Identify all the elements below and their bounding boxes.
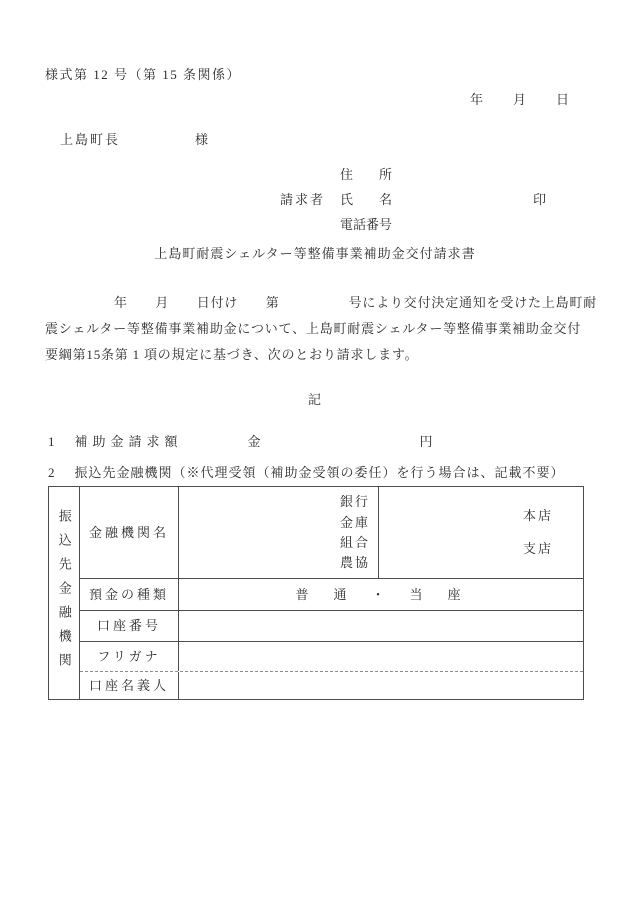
requester-name-row: 請求者 氏 名 印 [280, 187, 546, 212]
date-month-label: 月 [513, 91, 526, 109]
furigana-label: フリガナ [80, 642, 179, 671]
deposit-type-options: 普 通 ・ 当 座 [179, 586, 583, 604]
table-vertical-header-cell: 振込先金融機関 [49, 487, 80, 699]
phone-label: 電話番号 [340, 216, 392, 234]
bank-type-shinkin: 金庫 [340, 514, 370, 532]
table-row-furigana: フリガナ [80, 641, 583, 671]
currency-prefix: 金 [248, 433, 261, 451]
requester-address-row: 住 所 [280, 162, 546, 187]
table-main: 金融機関名 銀行 金庫 組合 農協 本店 支店 預金の種類 普 通 ・ 当 座 [80, 487, 583, 699]
address-label: 住 所 [340, 166, 392, 184]
account-holder-label: 口座名義人 [80, 672, 179, 699]
bank-transfer-table: 振込先金融機関 金融機関名 銀行 金庫 組合 農協 本店 支店 預金の種類 [48, 486, 584, 700]
vertical-header-text: 振込先金融機関 [55, 509, 73, 677]
seal-mark: 印 [533, 191, 546, 209]
deposit-type-label: 預金の種類 [80, 579, 179, 610]
requester-phone-row: 電話番号 [280, 212, 546, 237]
institution-label: 金融機関名 [80, 487, 179, 578]
body-line-2: 震シェルター等整備事業補助金について、上島町耐震シェルター等整備事業補助金交付 [45, 316, 587, 342]
document-title: 上島町耐震シェルター等整備事業補助金交付請求書 [0, 245, 630, 263]
addressee: 上島町長 [60, 131, 120, 149]
table-row-institution: 金融機関名 銀行 金庫 組合 農協 本店 支店 [80, 487, 583, 578]
currency-suffix: 円 [420, 433, 433, 451]
item2-number: 2 [48, 464, 55, 482]
date-year-label: 年 [470, 91, 483, 109]
document-page: 様式第 12 号（第 15 条関係） 年 月 日 上島町長 様 住 所 請求者 … [0, 0, 630, 903]
form-number: 様式第 12 号（第 15 条関係） [45, 66, 241, 84]
requester-block: 住 所 請求者 氏 名 印 電話番号 [280, 162, 546, 237]
bank-type-bank: 銀行 [340, 493, 370, 511]
item2-label: 振込先金融機関（※代理受領（補助金受領の委任）を行う場合は、記載不要） [75, 464, 565, 482]
body-line-1: 年 月 日付け 第 号により交付決定通知を受けた上島町耐 [45, 290, 587, 316]
date-day-label: 日 [556, 91, 569, 109]
table-row-deposit-type: 預金の種類 普 通 ・ 当 座 [80, 578, 583, 610]
body-paragraph: 年 月 日付け 第 号により交付決定通知を受けた上島町耐 震シェルター等整備事業… [45, 290, 587, 368]
table-row-account-number: 口座番号 [80, 610, 583, 641]
bank-type-ja: 農協 [340, 554, 370, 572]
addressee-honorific: 様 [195, 131, 208, 149]
branch-cell: 本店 支店 [379, 487, 583, 578]
item-bank-info: 2 振込先金融機関（※代理受領（補助金受領の委任）を行う場合は、記載不要） [48, 464, 565, 482]
body-line-3: 要綱第15条第 1 項の規定に基づき、次のとおり請求します。 [45, 342, 587, 368]
branch-office: 支店 [523, 540, 553, 558]
date-line: 年 月 日 [0, 91, 630, 109]
branch-head-office: 本店 [523, 507, 553, 525]
addressee-line: 上島町長 様 [60, 131, 208, 149]
requester-role-label: 請求者 [280, 191, 325, 209]
note-heading: 記 [0, 391, 630, 409]
item1-number: 1 [48, 433, 55, 451]
item1-label: 補助金請求額 [75, 433, 183, 451]
name-label: 氏 名 [340, 191, 392, 209]
item-claim-amount: 1 補助金請求額 金 円 [48, 433, 433, 451]
table-row-account-holder: 口座名義人 [80, 671, 583, 699]
account-number-label: 口座番号 [80, 611, 179, 641]
bank-type-union: 組合 [340, 534, 370, 552]
institution-name-cell: 銀行 金庫 組合 農協 [179, 487, 379, 578]
